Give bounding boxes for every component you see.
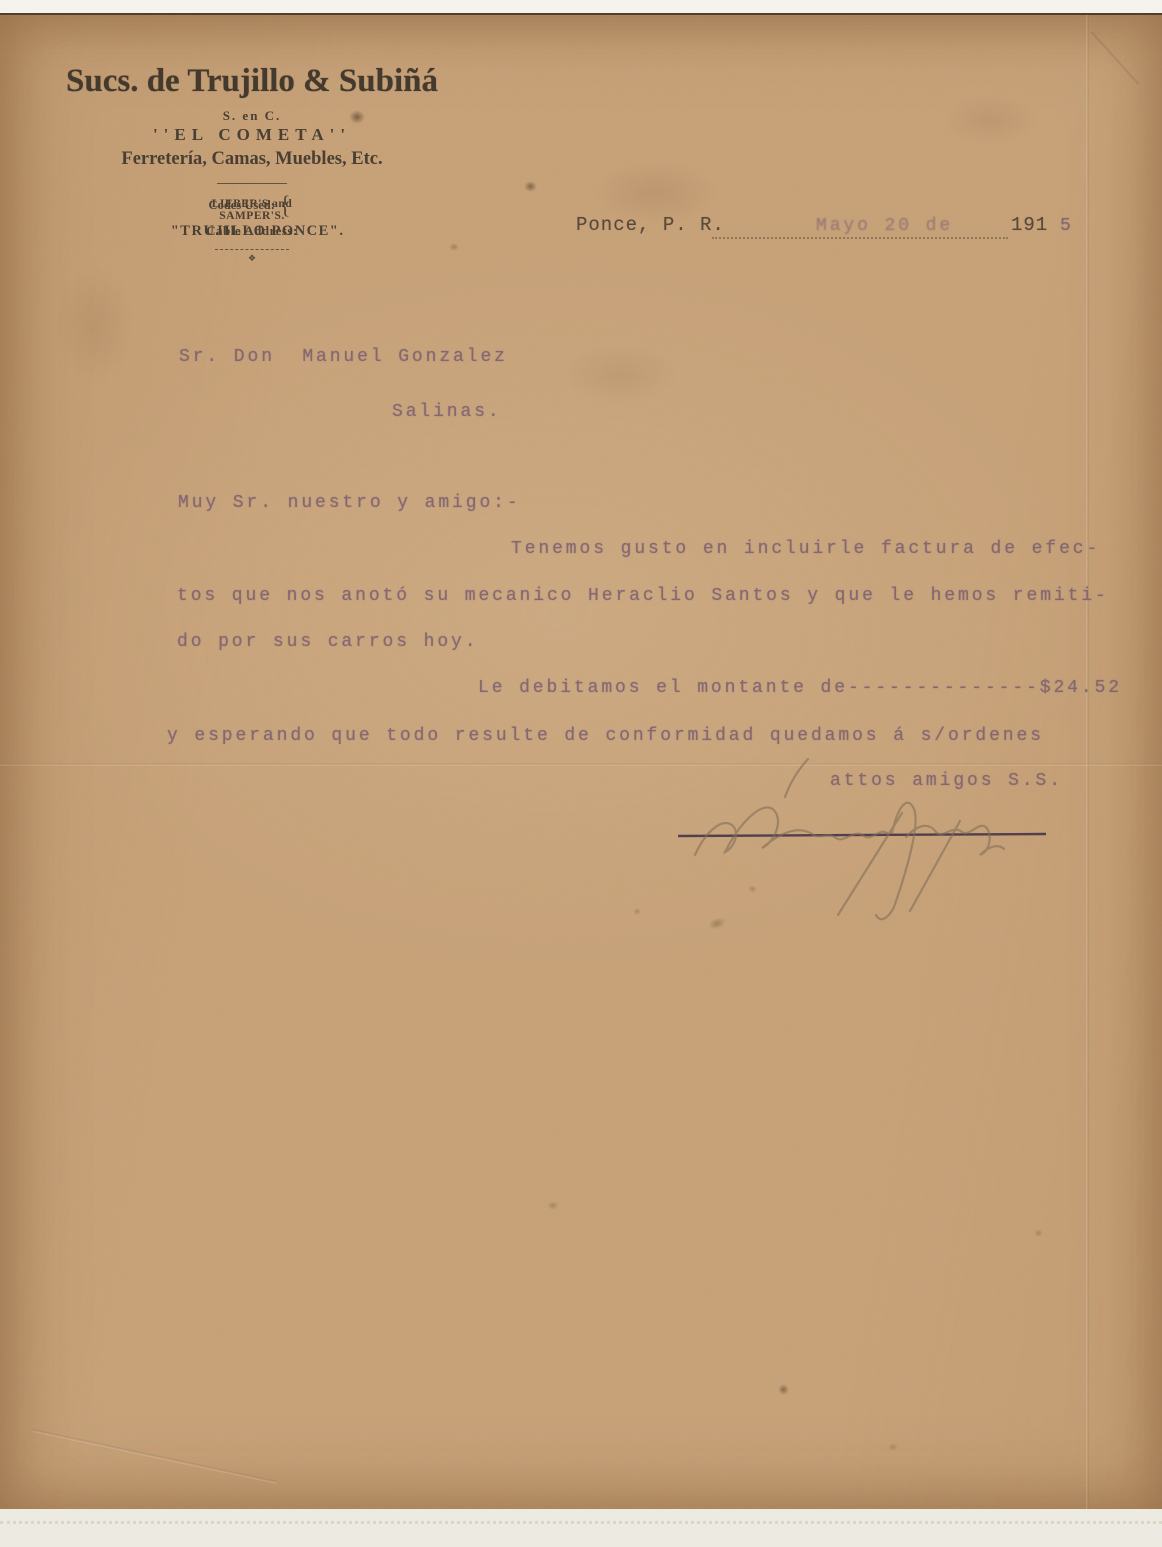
stain xyxy=(633,908,641,915)
stain xyxy=(547,1201,559,1210)
amount-line: Le debitamos el montante de-------------… xyxy=(478,678,1122,698)
body-line: Tenemos gusto en incluirle factura de ef… xyxy=(511,539,1100,559)
business-line: Ferretería, Camas, Muebles, Etc. xyxy=(52,149,452,170)
stain xyxy=(1034,1229,1043,1237)
signature-line xyxy=(678,834,1046,836)
recipient-city: Salinas. xyxy=(392,402,502,422)
cable-address-row: Cable Address: "TRUJILLO PONCE". xyxy=(52,223,452,240)
perforation-dots xyxy=(0,1521,1162,1524)
store-brand: ''EL COMETA'' xyxy=(52,125,452,145)
valediction: attos amigos S.S. xyxy=(830,771,1063,791)
stain xyxy=(940,95,1040,145)
stain xyxy=(560,345,680,405)
corner-crease xyxy=(32,1429,277,1484)
typed-year-digit: 5 xyxy=(1060,216,1074,236)
recipient-name: Sr. Don Manuel Gonzalez xyxy=(179,347,508,367)
stain xyxy=(778,1384,789,1395)
company-name: Sucs. de Trujillo & Subiñá xyxy=(52,63,452,100)
stain xyxy=(449,243,459,251)
salutation: Muy Sr. nuestro y amigo:- xyxy=(178,493,521,513)
typed-date: Mayo 20 de xyxy=(816,216,953,236)
stain xyxy=(707,915,728,931)
company-type: S. en C. xyxy=(52,108,452,124)
letter-paper: Sucs. de Trujillo & Subiñá S. en C. ''EL… xyxy=(0,13,1162,1512)
horizontal-fold-crease xyxy=(0,763,1162,766)
vertical-fold-crease xyxy=(1086,15,1089,1511)
letterhead-rule xyxy=(215,249,289,250)
body-line: tos que nos anotó su mecanico Heraclio S… xyxy=(177,586,1109,606)
stain xyxy=(888,1443,898,1451)
letterhead-rule xyxy=(217,183,287,184)
scanner-bed-strip xyxy=(0,1509,1162,1547)
stain xyxy=(524,181,537,192)
closing-line: y esperando que todo resulte de conformi… xyxy=(167,726,1044,746)
cable-address-label: Cable Address: xyxy=(52,223,452,239)
scanned-letter: Sucs. de Trujillo & Subiñá S. en C. ''EL… xyxy=(0,0,1162,1547)
corner-crease xyxy=(1091,31,1139,84)
diamond-ornament-icon: ❖ xyxy=(52,253,452,264)
body-line: do por sus carros hoy. xyxy=(177,632,478,652)
codes-line-2: SAMPER'S. xyxy=(52,211,452,223)
printed-year: 191 xyxy=(1011,214,1048,236)
codes-used-row: Codes Used: { LIEBER'S and SAMPER'S. xyxy=(52,192,452,218)
stain xyxy=(748,885,757,893)
stain xyxy=(55,265,135,385)
dateline-place: Ponce, P. R. xyxy=(576,214,725,236)
